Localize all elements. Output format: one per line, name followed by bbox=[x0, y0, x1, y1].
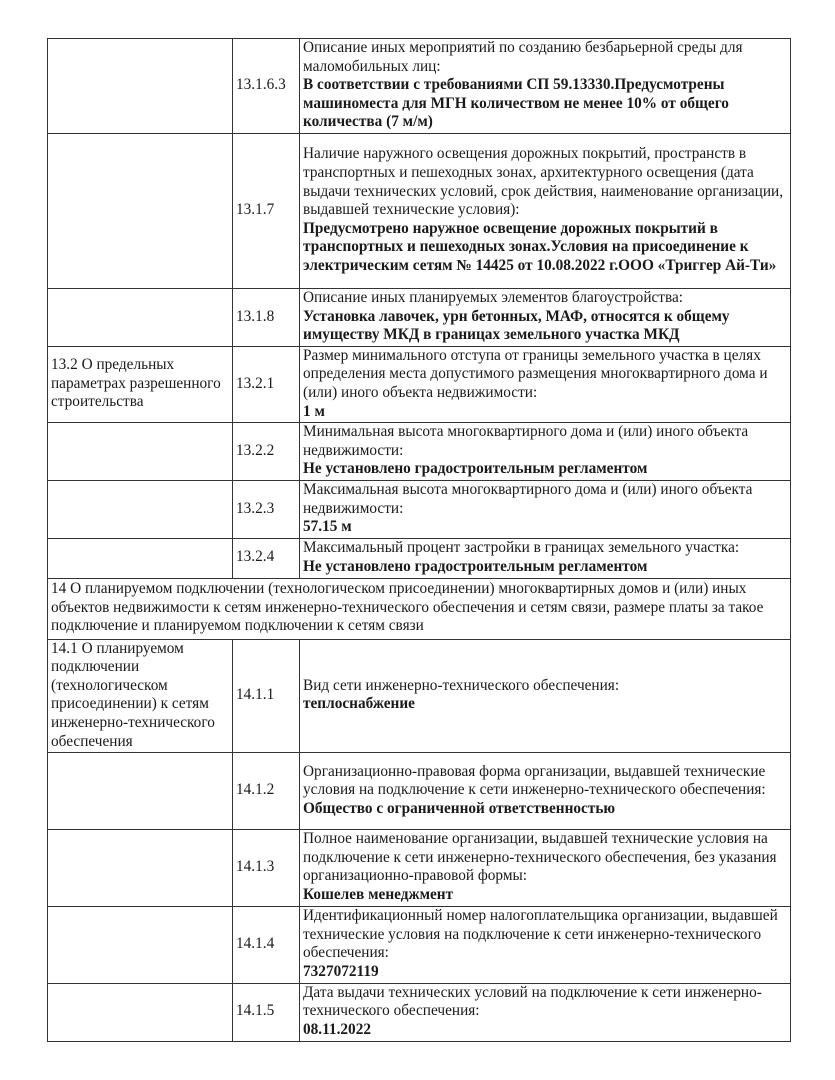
item-description: Полное наименование организации, выдавше… bbox=[300, 830, 791, 906]
item-value: Кошелев менеджмент bbox=[303, 886, 787, 905]
section-cell bbox=[48, 830, 233, 906]
table-row: 13.2.2 Минимальная высота многоквартирно… bbox=[48, 423, 791, 481]
item-label: Вид сети инженерно-технического обеспече… bbox=[303, 677, 787, 696]
item-label: Описание иных мероприятий по созданию бе… bbox=[303, 39, 787, 76]
item-value: теплоснабжение bbox=[303, 695, 787, 714]
table-row: 13.1.8 Описание иных планируемых элемент… bbox=[48, 288, 791, 346]
table-row: 13.1.7 Наличие наружного освещения дорож… bbox=[48, 133, 791, 288]
item-description: Наличие наружного освещения дорожных пок… bbox=[300, 133, 791, 288]
item-description: Вид сети инженерно-технического обеспече… bbox=[300, 639, 791, 753]
section-cell bbox=[48, 480, 233, 538]
item-label: Дата выдачи технических условий на подкл… bbox=[303, 984, 787, 1021]
section-cell bbox=[48, 753, 233, 830]
item-number: 14.1.1 bbox=[233, 639, 300, 753]
section-cell: 13.2 О предельных параметрах разрешенног… bbox=[48, 346, 233, 422]
section-14-title: 14 О планируемом подключении (технологич… bbox=[48, 578, 791, 639]
item-number: 14.1.2 bbox=[233, 753, 300, 830]
item-label: Максимальная высота многоквартирного дом… bbox=[303, 481, 787, 518]
item-description: Идентификационный номер налогоплательщик… bbox=[300, 906, 791, 983]
table-row: 14.1.2 Организационно-правовая форма орг… bbox=[48, 753, 791, 830]
item-description: Размер минимального отступа от границы з… bbox=[300, 346, 791, 422]
item-value: Не установлено градостроительным регламе… bbox=[303, 460, 787, 479]
section-cell bbox=[48, 288, 233, 346]
table-row: 14.1.5 Дата выдачи технических условий н… bbox=[48, 983, 791, 1041]
item-label: Размер минимального отступа от границы з… bbox=[303, 347, 787, 403]
item-description: Минимальная высота многоквартирного дома… bbox=[300, 423, 791, 481]
item-description: Организационно-правовая форма организаци… bbox=[300, 753, 791, 830]
item-value: Общество с ограниченной ответственностью bbox=[303, 800, 787, 819]
item-value: В соответствии с требованиями СП 59.1333… bbox=[303, 76, 787, 132]
item-value: Предусмотрено наружное освещение дорожны… bbox=[303, 220, 787, 276]
item-description: Описание иных планируемых элементов благ… bbox=[300, 288, 791, 346]
item-description: Дата выдачи технических условий на подкл… bbox=[300, 983, 791, 1041]
item-label: Полное наименование организации, выдавше… bbox=[303, 830, 787, 886]
item-number: 13.1.8 bbox=[233, 288, 300, 346]
table-row: 14.1.4 Идентификационный номер налогопла… bbox=[48, 906, 791, 983]
item-number: 13.2.2 bbox=[233, 423, 300, 481]
item-number: 13.2.4 bbox=[233, 538, 300, 578]
item-number: 14.1.3 bbox=[233, 830, 300, 906]
section-cell bbox=[48, 39, 233, 134]
item-number: 14.1.4 bbox=[233, 906, 300, 983]
table-row: 13.1.6.3 Описание иных мероприятий по со… bbox=[48, 39, 791, 134]
item-number: 13.2.1 bbox=[233, 346, 300, 422]
item-value: 1 м bbox=[303, 403, 787, 422]
declaration-table: 13.1.6.3 Описание иных мероприятий по со… bbox=[47, 38, 791, 1042]
table-row: 14.1.3 Полное наименование организации, … bbox=[48, 830, 791, 906]
item-number: 13.1.6.3 bbox=[233, 39, 300, 134]
item-description: Описание иных мероприятий по созданию бе… bbox=[300, 39, 791, 134]
section-cell bbox=[48, 133, 233, 288]
table-row: 13.2 О предельных параметрах разрешенног… bbox=[48, 346, 791, 422]
item-label: Наличие наружного освещения дорожных пок… bbox=[303, 145, 787, 219]
section-cell bbox=[48, 906, 233, 983]
item-number: 14.1.5 bbox=[233, 983, 300, 1041]
table-row: 14.1 О планируемом подключении (технолог… bbox=[48, 639, 791, 753]
table-row: 13.2.3 Максимальная высота многоквартирн… bbox=[48, 480, 791, 538]
section-cell: 14.1 О планируемом подключении (технолог… bbox=[48, 639, 233, 753]
section-cell bbox=[48, 983, 233, 1041]
item-number: 13.2.3 bbox=[233, 480, 300, 538]
item-value: 57.15 м bbox=[303, 518, 787, 537]
item-description: Максимальная высота многоквартирного дом… bbox=[300, 480, 791, 538]
item-label: Идентификационный номер налогоплательщик… bbox=[303, 907, 787, 963]
section-cell bbox=[48, 423, 233, 481]
item-label: Максимальный процент застройки в граница… bbox=[303, 539, 787, 558]
item-label: Описание иных планируемых элементов благ… bbox=[303, 289, 787, 308]
item-number: 13.1.7 bbox=[233, 133, 300, 288]
item-description: Максимальный процент застройки в граница… bbox=[300, 538, 791, 578]
item-value: Установка лавочек, урн бетонных, МАФ, от… bbox=[303, 308, 787, 345]
item-label: Организационно-правовая форма организаци… bbox=[303, 763, 787, 800]
section-heading-row: 14 О планируемом подключении (технологич… bbox=[48, 578, 791, 639]
item-label: Минимальная высота многоквартирного дома… bbox=[303, 423, 787, 460]
section-cell bbox=[48, 538, 233, 578]
item-value: 08.11.2022 bbox=[303, 1021, 787, 1040]
item-value: Не установлено градостроительным регламе… bbox=[303, 558, 787, 577]
item-value: 7327072119 bbox=[303, 963, 787, 982]
table-row: 13.2.4 Максимальный процент застройки в … bbox=[48, 538, 791, 578]
